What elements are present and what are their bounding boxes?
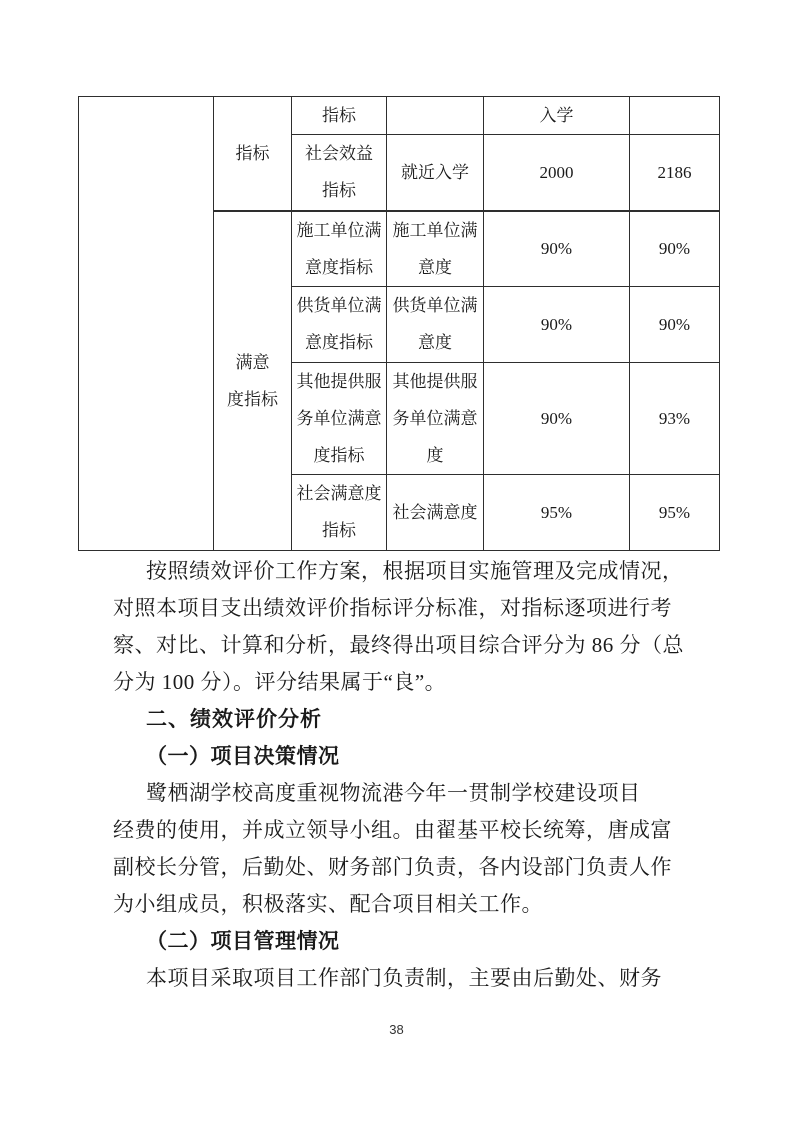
target-value: 2000 [484,135,630,211]
performance-indicator-table: 指标 指标 入学 社会效益 指标 就近入学 2000 2186 满意 度指标 施… [78,96,720,551]
table-outer-continued-cell [79,97,214,551]
target-value: 入学 [484,97,630,135]
heading-project-management: （二）项目管理情况 [113,923,709,960]
page-number: 38 [0,1022,793,1037]
indicator-name: 社会满意度 指标 [292,474,387,550]
paragraph-project-decision: 鹭栖湖学校高度重视物流港今年一贯制学校建设项目 经费的使用，并成立领导小组。由翟… [113,775,709,923]
document-page: 指标 指标 入学 社会效益 指标 就近入学 2000 2186 满意 度指标 施… [0,0,793,1122]
sub-indicator: 施工单位满 意度 [387,211,484,287]
target-value: 90% [484,362,630,474]
actual-value [630,97,720,135]
target-value: 90% [484,211,630,287]
sub-indicator: 供货单位满 意度 [387,286,484,362]
group-indicator-label-bottom: 满意 度指标 [214,211,292,551]
actual-value: 2186 [630,135,720,211]
actual-value: 90% [630,211,720,287]
actual-value: 95% [630,474,720,550]
indicator-name: 指标 [292,97,387,135]
indicator-name: 其他提供服 务单位满意 度指标 [292,362,387,474]
actual-value: 90% [630,286,720,362]
document-body: 按照绩效评价工作方案，根据项目实施管理及完成情况， 对照本项目支出绩效评价指标评… [113,553,709,997]
actual-value: 93% [630,362,720,474]
paragraph-score-summary: 按照绩效评价工作方案，根据项目实施管理及完成情况， 对照本项目支出绩效评价指标评… [113,553,709,701]
target-value: 95% [484,474,630,550]
sub-indicator: 社会满意度 [387,474,484,550]
indicator-name: 社会效益 指标 [292,135,387,211]
sub-indicator: 其他提供服 务单位满意 度 [387,362,484,474]
indicator-name: 供货单位满 意度指标 [292,286,387,362]
paragraph-project-management: 本项目采取项目工作部门负责制，主要由后勤处、财务 [113,960,709,997]
heading-project-decision: （一）项目决策情况 [113,738,709,775]
sub-indicator [387,97,484,135]
target-value: 90% [484,286,630,362]
group-indicator-label-top: 指标 [214,97,292,211]
indicator-name: 施工单位满 意度指标 [292,211,387,287]
sub-indicator: 就近入学 [387,135,484,211]
heading-performance-analysis: 二、绩效评价分析 [113,701,709,738]
